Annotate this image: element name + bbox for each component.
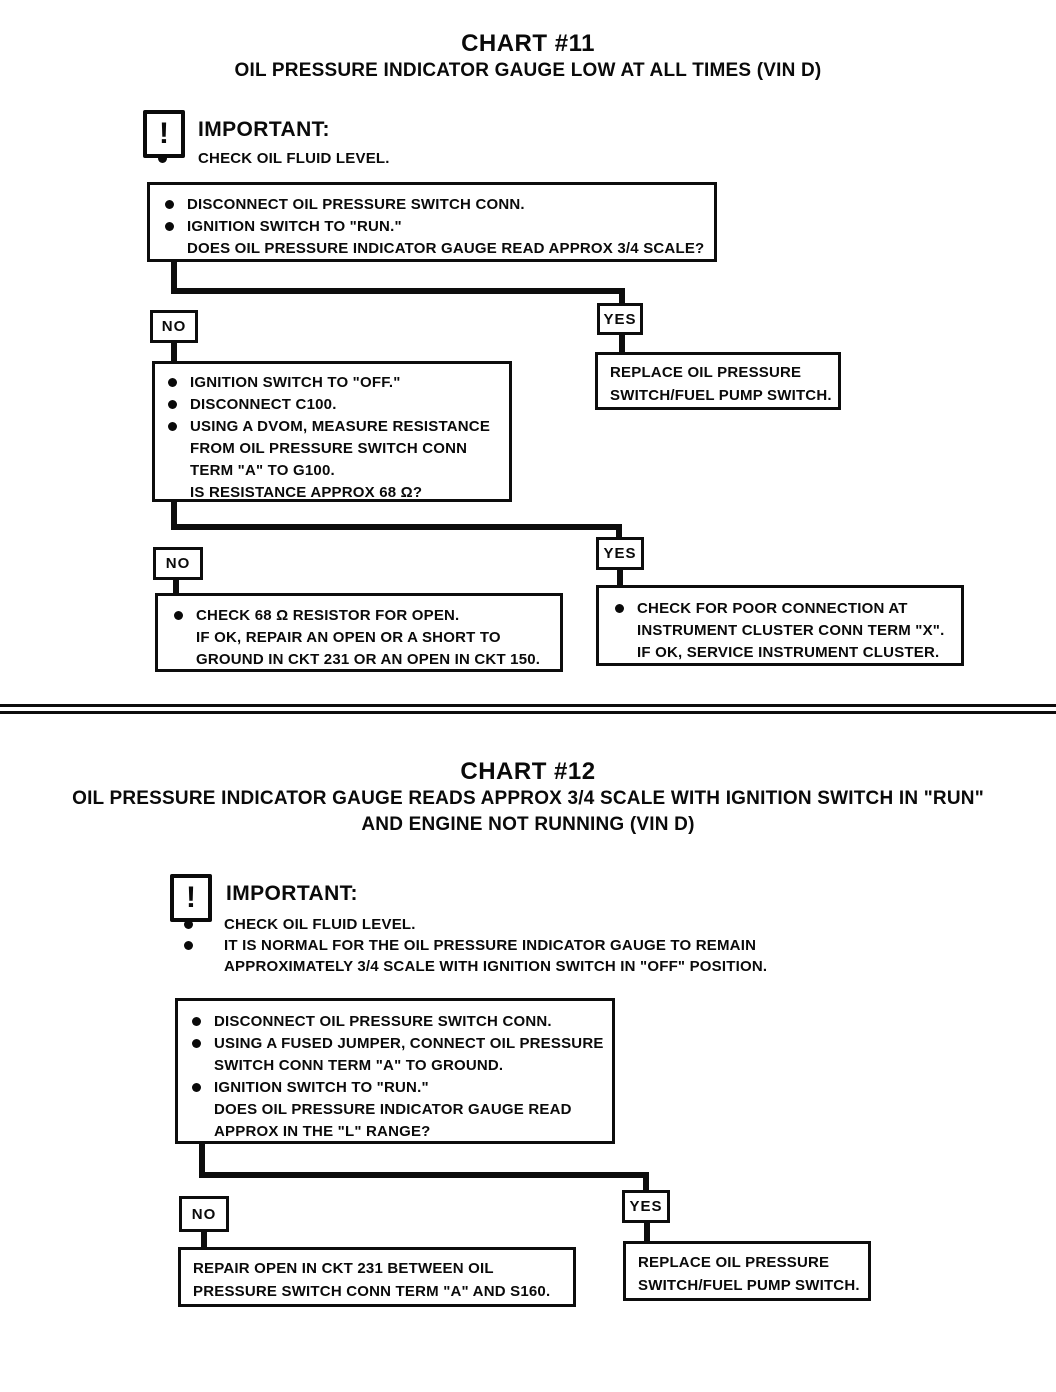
step-text: FROM OIL PRESSURE SWITCH CONN (190, 438, 467, 460)
connector-line (201, 1232, 207, 1247)
diagnostic-flowchart-page: CHART #11 OIL PRESSURE INDICATOR GAUGE L… (0, 0, 1056, 1392)
result-text: REPLACE OIL PRESSURE (610, 361, 830, 384)
chart12-no-result-box: REPAIR OPEN IN CKT 231 BETWEEN OIL PRESS… (178, 1247, 576, 1307)
connector-line (199, 1172, 649, 1178)
bullet-icon (192, 1017, 201, 1026)
connector-line (171, 343, 177, 361)
result-text: IF OK, REPAIR AN OPEN OR A SHORT TO (196, 627, 501, 649)
result-text: CHECK 68 Ω RESISTOR FOR OPEN. (196, 605, 459, 627)
step-line: DISCONNECT OIL PRESSURE SWITCH CONN. (192, 1011, 606, 1033)
chart11-yes1-result-box: REPLACE OIL PRESSURE SWITCH/FUEL PUMP SW… (595, 352, 841, 410)
step-text: SWITCH CONN TERM "A" TO GROUND. (214, 1055, 503, 1077)
bullet-spacer (168, 444, 177, 453)
result-text: CHECK FOR POOR CONNECTION AT (637, 598, 908, 620)
chart12-subtitle-line1: OIL PRESSURE INDICATOR GAUGE READS APPRO… (0, 788, 1056, 810)
chart11-no1-tag: NO (150, 310, 198, 343)
question-line: DOES OIL PRESSURE INDICATOR GAUGE READ A… (165, 238, 706, 260)
step-text: DISCONNECT C100. (190, 394, 337, 416)
chart12-decision-box: DISCONNECT OIL PRESSURE SWITCH CONN. USI… (175, 998, 615, 1144)
result-line: IF OK, REPAIR AN OPEN OR A SHORT TO (174, 627, 554, 649)
result-text: IF OK, SERVICE INSTRUMENT CLUSTER. (637, 642, 939, 664)
result-line: IF OK, SERVICE INSTRUMENT CLUSTER. (615, 642, 955, 664)
question-text: IS RESISTANCE APPROX 68 Ω? (190, 482, 422, 504)
bullet-icon (168, 378, 177, 387)
step-text: TERM "A" TO G100. (190, 460, 335, 482)
step-line: DISCONNECT OIL PRESSURE SWITCH CONN. (165, 194, 706, 216)
step-line: IGNITION SWITCH TO "RUN." (192, 1077, 606, 1099)
bullet-spacer (615, 648, 624, 657)
bullet-icon (168, 400, 177, 409)
exclamation-glyph: ! (186, 883, 196, 913)
chart12-yes-result-box: REPLACE OIL PRESSURE SWITCH/FUEL PUMP SW… (623, 1241, 871, 1301)
chart11-decision1-box: DISCONNECT OIL PRESSURE SWITCH CONN. IGN… (147, 182, 717, 262)
step-text: DISCONNECT OIL PRESSURE SWITCH CONN. (214, 1011, 552, 1033)
chart12-no-tag: NO (179, 1196, 229, 1232)
result-text: PRESSURE SWITCH CONN TERM "A" AND S160. (193, 1280, 565, 1303)
bullet-spacer (615, 626, 624, 635)
chart12-yes-tag: YES (622, 1190, 670, 1223)
chart12-important-label: IMPORTANT: (226, 882, 358, 906)
result-line: GROUND IN CKT 231 OR AN OPEN IN CKT 150. (174, 649, 554, 671)
step-line: USING A DVOM, MEASURE RESISTANCE (168, 416, 503, 438)
section-divider-line (0, 711, 1056, 714)
connector-line (171, 288, 625, 294)
note-text: IT IS NORMAL FOR THE OIL PRESSURE INDICA… (224, 935, 756, 956)
bullet-spacer (165, 244, 174, 253)
bullet-spacer (184, 962, 193, 971)
chart11-important-label: IMPORTANT: (198, 118, 330, 142)
step-line: DISCONNECT C100. (168, 394, 503, 416)
chart11-no2-result-box: CHECK 68 Ω RESISTOR FOR OPEN. IF OK, REP… (155, 593, 563, 672)
bullet-icon (158, 154, 167, 163)
bullet-spacer (168, 466, 177, 475)
step-text: IGNITION SWITCH TO "RUN." (214, 1077, 429, 1099)
step-line: IGNITION SWITCH TO "OFF." (168, 372, 503, 394)
result-text: GROUND IN CKT 231 OR AN OPEN IN CKT 150. (196, 649, 540, 671)
bullet-spacer (174, 655, 183, 664)
step-text: DOES OIL PRESSURE INDICATOR GAUGE READ (214, 1099, 572, 1121)
chart11-subtitle: OIL PRESSURE INDICATOR GAUGE LOW AT ALL … (0, 60, 1056, 82)
step-line: DOES OIL PRESSURE INDICATOR GAUGE READ (192, 1099, 606, 1121)
chart11-no2-tag: NO (153, 547, 203, 580)
step-line: USING A FUSED JUMPER, CONNECT OIL PRESSU… (192, 1033, 606, 1055)
step-line: TERM "A" TO G100. (168, 460, 503, 482)
step-line: IGNITION SWITCH TO "RUN." (165, 216, 706, 238)
chart11-yes1-tag: YES (597, 303, 643, 335)
result-text: REPLACE OIL PRESSURE (638, 1251, 860, 1274)
connector-line (644, 1223, 650, 1241)
step-text: USING A DVOM, MEASURE RESISTANCE (190, 416, 490, 438)
chart12-note: APPROXIMATELY 3/4 SCALE WITH IGNITION SW… (184, 956, 767, 977)
result-text: SWITCH/FUEL PUMP SWITCH. (610, 384, 830, 407)
bullet-spacer (192, 1105, 201, 1114)
step-text: USING A FUSED JUMPER, CONNECT OIL PRESSU… (214, 1033, 604, 1055)
result-line: INSTRUMENT CLUSTER CONN TERM "X". (615, 620, 955, 642)
chart11-yes2-result-box: CHECK FOR POOR CONNECTION AT INSTRUMENT … (596, 585, 964, 666)
result-line: CHECK FOR POOR CONNECTION AT (615, 598, 955, 620)
step-line: SWITCH CONN TERM "A" TO GROUND. (192, 1055, 606, 1077)
step-text: IGNITION SWITCH TO "OFF." (190, 372, 401, 394)
question-line: APPROX IN THE "L" RANGE? (192, 1121, 606, 1143)
bullet-icon (165, 200, 174, 209)
chart11-title: CHART #11 (0, 30, 1056, 58)
note-text: APPROXIMATELY 3/4 SCALE WITH IGNITION SW… (224, 956, 767, 977)
connector-line (173, 580, 179, 594)
chart11-note: CHECK OIL FLUID LEVEL. (158, 148, 390, 169)
chart12-note: IT IS NORMAL FOR THE OIL PRESSURE INDICA… (184, 935, 756, 956)
result-text: REPAIR OPEN IN CKT 231 BETWEEN OIL (193, 1257, 565, 1280)
bullet-spacer (168, 488, 177, 497)
bullet-spacer (192, 1061, 201, 1070)
bullet-icon (165, 222, 174, 231)
bullet-icon (168, 422, 177, 431)
step-text: IGNITION SWITCH TO "RUN." (187, 216, 402, 238)
bullet-icon (192, 1039, 201, 1048)
result-text: SWITCH/FUEL PUMP SWITCH. (638, 1274, 860, 1297)
bullet-icon (184, 920, 193, 929)
bullet-icon (615, 604, 624, 613)
chart11-yes2-tag: YES (596, 537, 644, 570)
exclamation-glyph: ! (159, 119, 169, 149)
connector-line (619, 335, 625, 353)
result-line: CHECK 68 Ω RESISTOR FOR OPEN. (174, 605, 554, 627)
question-text: APPROX IN THE "L" RANGE? (214, 1121, 431, 1143)
connector-line (643, 1172, 649, 1190)
bullet-spacer (192, 1127, 201, 1136)
connector-line (171, 524, 622, 530)
bullet-icon (174, 611, 183, 620)
chart12-title: CHART #12 (0, 758, 1056, 786)
question-line: IS RESISTANCE APPROX 68 Ω? (168, 482, 503, 504)
connector-line (617, 570, 623, 586)
question-text: DOES OIL PRESSURE INDICATOR GAUGE READ A… (187, 238, 704, 260)
chart12-subtitle-line2: AND ENGINE NOT RUNNING (VIN D) (0, 814, 1056, 836)
chart11-decision2-box: IGNITION SWITCH TO "OFF." DISCONNECT C10… (152, 361, 512, 502)
result-text: INSTRUMENT CLUSTER CONN TERM "X". (637, 620, 945, 642)
step-text: DISCONNECT OIL PRESSURE SWITCH CONN. (187, 194, 525, 216)
bullet-icon (192, 1083, 201, 1092)
bullet-spacer (174, 633, 183, 642)
section-divider-line (0, 704, 1056, 707)
note-text: CHECK OIL FLUID LEVEL. (224, 914, 416, 935)
step-line: FROM OIL PRESSURE SWITCH CONN (168, 438, 503, 460)
note-text: CHECK OIL FLUID LEVEL. (198, 148, 390, 169)
bullet-icon (184, 941, 193, 950)
chart12-note: CHECK OIL FLUID LEVEL. (184, 914, 416, 935)
